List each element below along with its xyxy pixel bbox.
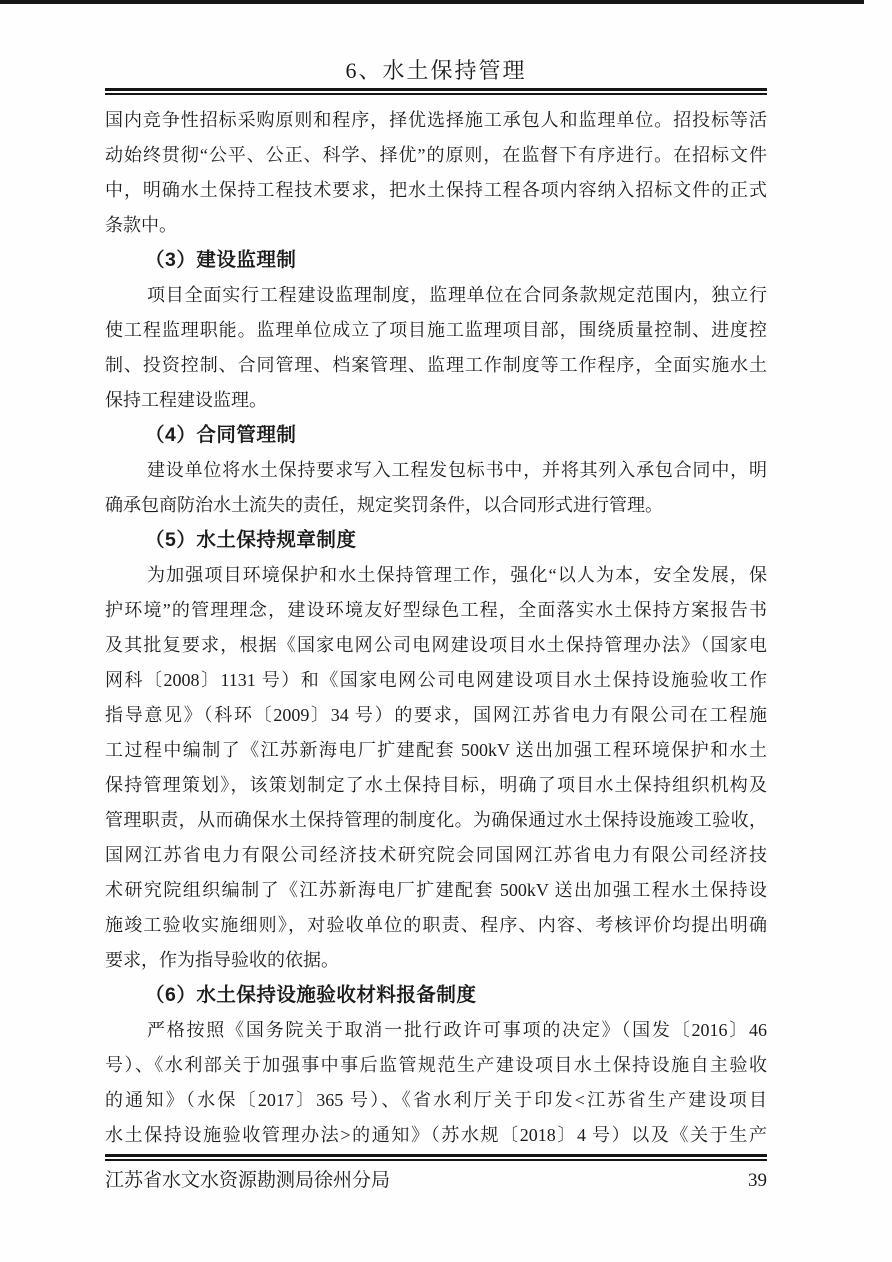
page-content: 6、水土保持管理 国内竞争性招标采购原则和程序，择优选择施工承包人和监理单位。招… [105,57,767,1153]
document-body: 国内竞争性招标采购原则和程序，择优选择施工承包人和监理单位。招投标等活动始终贯彻… [105,103,767,1153]
document-page: 6、水土保持管理 国内竞争性招标采购原则和程序，择优选择施工承包人和监理单位。招… [0,0,892,1262]
text-line: 管理职责，从而确保水土保持管理的制度化。为确保通过水土保持设施竣工验收， [105,803,767,838]
paragraph: 项目全面实行工程建设监理制度，监理单位在合同条款规定范围内，独立行使工程监理职能… [105,278,767,418]
text-line: 严格按照《国务院关于取消一批行政许可事项的决定》（国发〔2016〕46 [105,1013,767,1048]
text-line: 网科〔2008〕1131 号）和《国家电网公司电网建设项目水土保持设施验收工作 [105,663,767,698]
text-line: 动始终贯彻“公平、公正、科学、择优”的原则，在监督下有序进行。在招标文件 [105,138,767,173]
text-line: 国内竞争性招标采购原则和程序，择优选择施工承包人和监理单位。招投标等活 [105,103,767,138]
section-heading: （6）水土保持设施验收材料报备制度 [105,978,767,1013]
text-line: 及其批复要求，根据《国家电网公司电网建设项目水土保持管理办法》（国家电 [105,628,767,663]
text-line: 建设单位将水土保持要求写入工程发包标书中，并将其列入承包合同中，明 [105,453,767,488]
section-heading: （5）水土保持规章制度 [105,523,767,558]
footer-rule [105,1154,767,1161]
text-line: 号）、《水利部关于加强事中事后监管规范生产建设项目水土保持设施自主验收 [105,1048,767,1083]
text-line: 工过程中编制了《江苏新海电厂扩建配套 500kV 送出加强工程环境保护和水土 [105,733,767,768]
text-line: 使工程监理职能。监理单位成立了项目施工监理项目部，围绕质量控制、进度控 [105,313,767,348]
text-line: 术研究院组织编制了《江苏新海电厂扩建配套 500kV 送出加强工程水土保持设 [105,873,767,908]
paragraph: 国内竞争性招标采购原则和程序，择优选择施工承包人和监理单位。招投标等活动始终贯彻… [105,103,767,243]
text-line: 项目全面实行工程建设监理制度，监理单位在合同条款规定范围内，独立行 [105,278,767,313]
text-line: 国网江苏省电力有限公司经济技术研究院会同国网江苏省电力有限公司经济技 [105,838,767,873]
text-line: 施竣工验收实施细则》，对验收单位的职责、程序、内容、考核评价均提出明确 [105,908,767,943]
text-line: 为加强项目环境保护和水土保持管理工作，强化“以人为本，安全发展，保 [105,558,767,593]
page-title: 6、水土保持管理 [105,57,767,88]
section-heading-text: （4）合同管理制 [105,418,767,453]
text-line: 确承包商防治水土流失的责任，规定奖罚条件，以合同形式进行管理。 [105,488,767,523]
section-heading: （4）合同管理制 [105,418,767,453]
text-line: 要求，作为指导验收的依据。 [105,943,767,978]
scan-edge-bar [0,0,864,4]
paragraph: 建设单位将水土保持要求写入工程发包标书中，并将其列入承包合同中，明确承包商防治水… [105,453,767,523]
text-line: 水土保持设施验收管理办法>的通知》（苏水规〔2018〕4 号）以及《关于生产 [105,1118,767,1153]
text-line: 条款中。 [105,208,767,243]
footer-organization: 江苏省水文水资源勘测局徐州分局 [105,1168,390,1194]
section-heading-text: （5）水土保持规章制度 [105,523,767,558]
text-line: 中，明确水土保持工程技术要求，把水土保持工程各项内容纳入招标文件的正式 [105,173,767,208]
paragraph: 为加强项目环境保护和水土保持管理工作，强化“以人为本，安全发展，保护环境”的管理… [105,558,767,978]
section-heading-text: （6）水土保持设施验收材料报备制度 [105,978,767,1013]
text-line: 保持管理策划》，该策划制定了水土保持目标，明确了项目水土保持组织机构及 [105,768,767,803]
text-line: 指导意见》（科环〔2009〕34 号）的要求，国网江苏省电力有限公司在工程施 [105,698,767,733]
footer-page-number: 39 [748,1168,767,1194]
paragraph: 严格按照《国务院关于取消一批行政许可事项的决定》（国发〔2016〕46号）、《水… [105,1013,767,1153]
section-heading: （3）建设监理制 [105,243,767,278]
section-heading-text: （3）建设监理制 [105,243,767,278]
text-line: 护环境”的管理理念，建设环境友好型绿色工程，全面落实水土保持方案报告书 [105,593,767,628]
text-line: 制、投资控制、合同管理、档案管理、监理工作制度等工作程序，全面实施水土 [105,348,767,383]
text-line: 保持工程建设监理。 [105,383,767,418]
text-line: 的通知》（水保〔2017〕365 号）、《省水利厅关于印发<江苏省生产建设项目 [105,1083,767,1118]
header-rule [105,88,767,95]
page-footer: 江苏省水文水资源勘测局徐州分局 39 [105,1154,767,1194]
